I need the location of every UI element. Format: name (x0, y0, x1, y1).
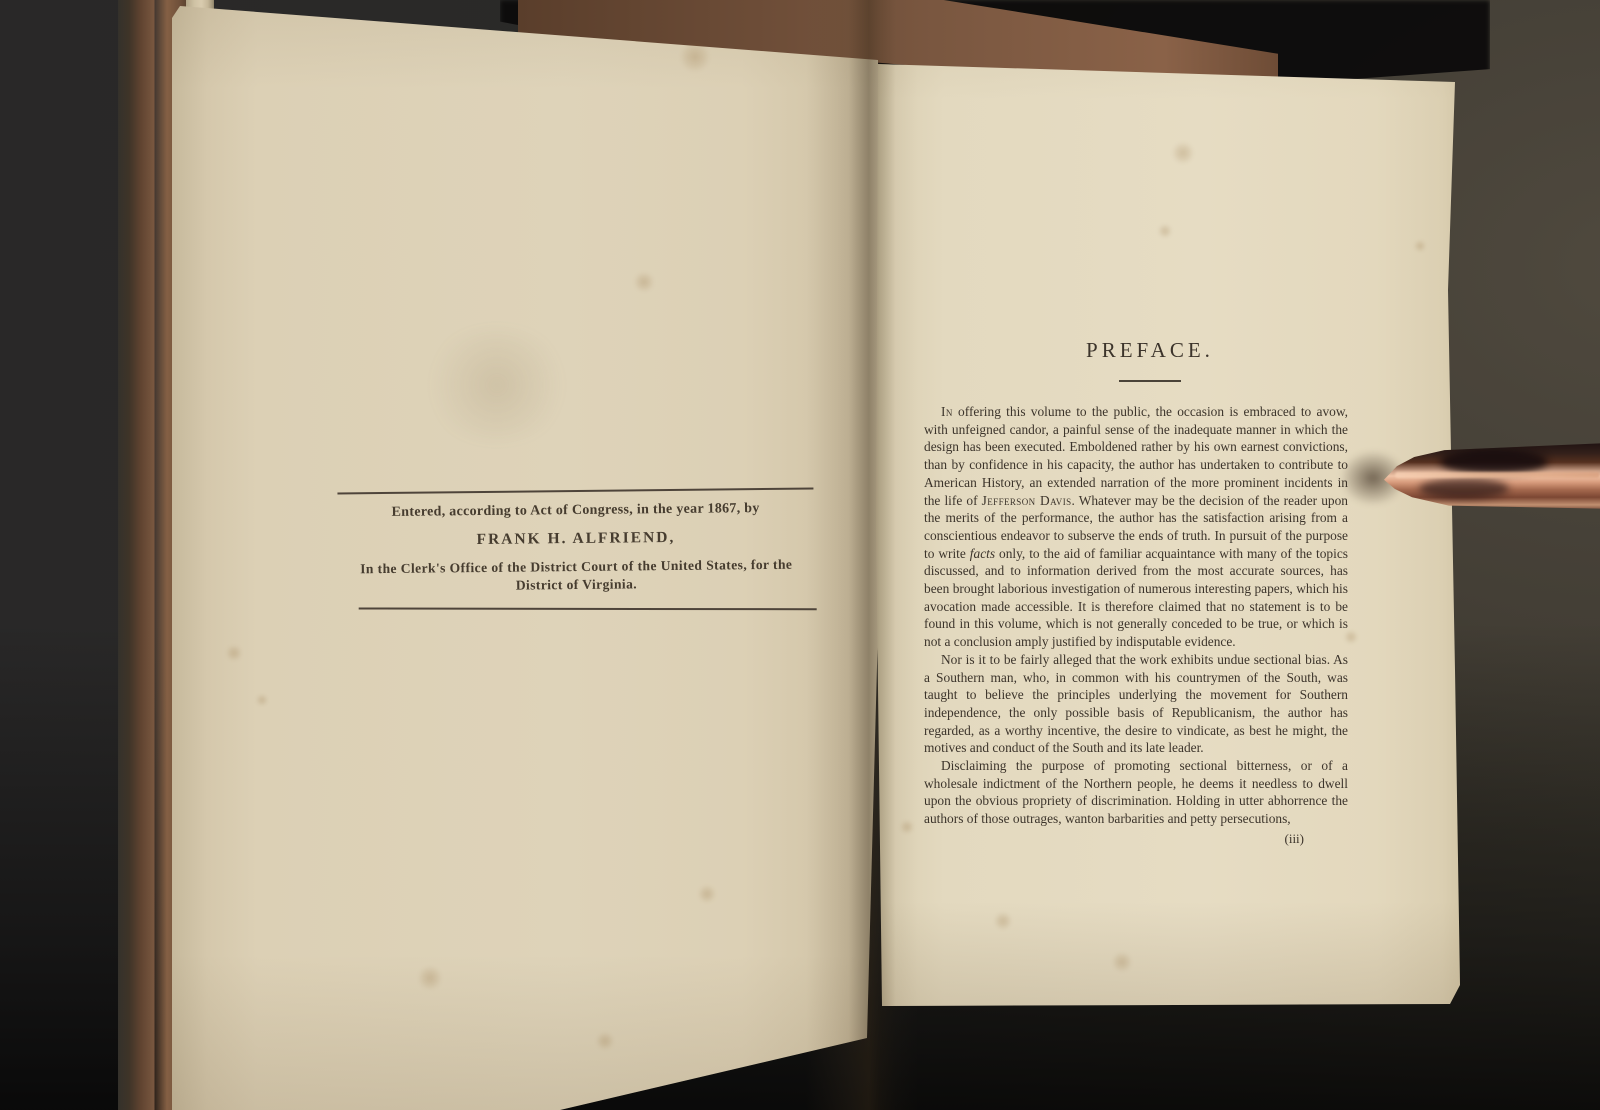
copyright-line: District of Virginia. (336, 574, 816, 595)
copyright-line: Entered, according to Act of Congress, i… (336, 500, 816, 521)
page-title: PREFACE. (938, 338, 1362, 363)
page-number: (iii) (924, 831, 1348, 847)
tarnish-mark (1440, 449, 1548, 475)
foxing-spot (1112, 952, 1132, 972)
letter-opener (1384, 438, 1600, 514)
foxing-spot (1414, 240, 1426, 252)
foxing-spot (680, 42, 710, 72)
letter-opener-blade (1384, 438, 1600, 514)
foxing-spot (698, 885, 716, 903)
foxing-spot (1158, 224, 1172, 238)
show-through-smudge (422, 330, 572, 440)
foxing-spot (418, 966, 442, 990)
copyright-author-name: FRANK H. ALFRIEND, (336, 527, 816, 550)
foxing-spot (994, 912, 1012, 930)
title-rule (1119, 380, 1181, 382)
copyright-block: Entered, according to Act of Congress, i… (335, 475, 816, 612)
foxing-spot (1172, 142, 1194, 164)
preface-paragraphs: In offering this volume to the public, t… (924, 403, 1348, 828)
copyright-rule-bottom (359, 607, 817, 610)
right-page: PREFACE. In offering this volume to the … (872, 30, 1472, 1020)
foxing-spot (1344, 630, 1358, 644)
tarnish-mark (1419, 478, 1510, 499)
preface-paragraph: Nor is it to be fairly alleged that the … (924, 651, 1348, 757)
foxing-spot (256, 694, 268, 706)
foxing-spot (900, 820, 914, 834)
foxing-spot (596, 1032, 614, 1050)
preface-paragraph: In offering this volume to the public, t… (924, 403, 1348, 651)
foxing-spot (634, 272, 654, 292)
foxing-spot (226, 645, 242, 661)
preface-content: PREFACE. In offering this volume to the … (924, 338, 1348, 847)
copyright-rule-top (337, 488, 813, 495)
book-photograph: Entered, according to Act of Congress, i… (0, 0, 1600, 1110)
preface-paragraph: Disclaiming the purpose of promoting sec… (924, 757, 1348, 828)
blade-highlight (1395, 472, 1600, 477)
